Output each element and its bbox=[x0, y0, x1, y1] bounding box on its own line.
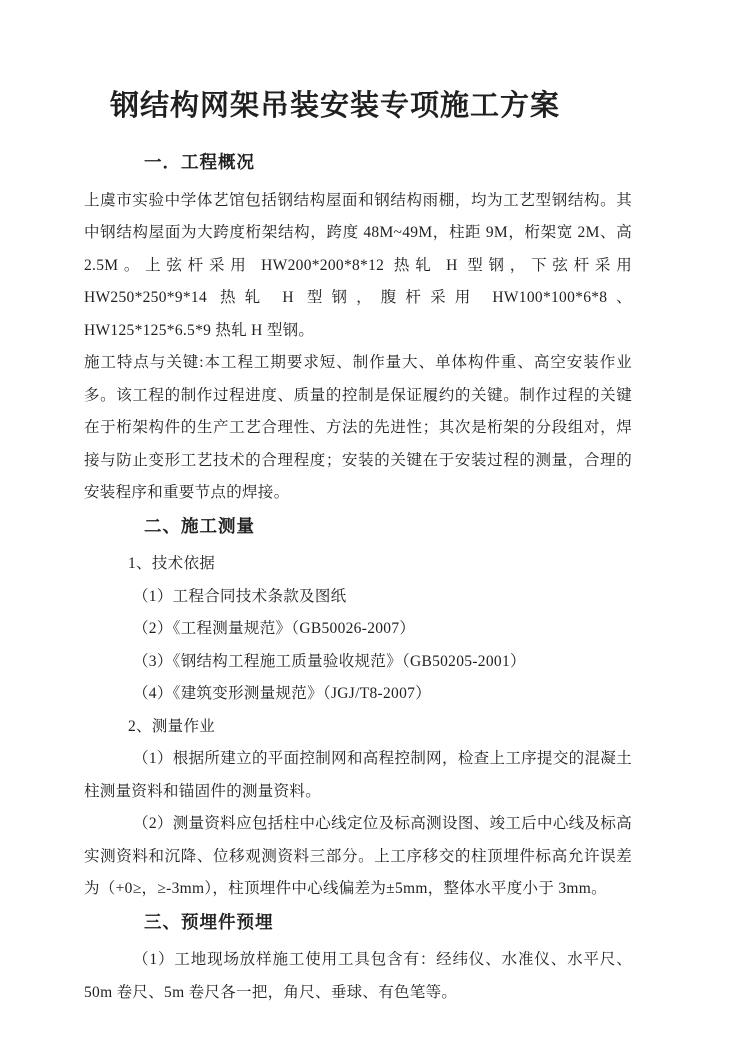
section-2-paragraph: （2）测量资料应包括柱中心线定位及标高测设图、竣工后中心线及标高实测资料和沉降、… bbox=[84, 808, 632, 906]
section-1-paragraph: 上虞市实验中学体艺馆包括钢结构屋面和钢结构雨棚，均为工艺型钢结构。其中钢结构屋面… bbox=[84, 185, 632, 348]
document-page: 钢结构网架吊装安装专项施工方案 一．工程概况 上虞市实验中学体艺馆包括钢结构屋面… bbox=[0, 0, 744, 1052]
reference-item: （1）工程合同技术条款及图纸 bbox=[133, 581, 632, 614]
reference-item: （4）《建筑变形测量规范》（JGJ/T8-2007） bbox=[133, 678, 632, 711]
section-1-heading: 一．工程概况 bbox=[144, 146, 632, 179]
section-1-paragraph: 施工特点与关键:本工程工期要求短、制作量大、单体构件重、高空安装作业多。该工程的… bbox=[84, 347, 632, 510]
subsection-label: 1、技术依据 bbox=[128, 548, 632, 581]
section-3-heading: 三、预埋件预埋 bbox=[144, 906, 632, 939]
reference-item: （3）《钢结构工程施工质量验收规范》（GB50205-2001） bbox=[133, 646, 632, 679]
section-2-paragraph: （1）根据所建立的平面控制网和高程控制网，检查上工序提交的混凝土柱测量资料和锚固… bbox=[84, 743, 632, 808]
section-3-paragraph: （1）工地现场放样施工使用工具包含有：经纬仪、水准仪、水平尺、50m 卷尺、5m… bbox=[84, 944, 632, 1009]
reference-item: （2）《工程测量规范》（GB50026-2007） bbox=[133, 613, 632, 646]
document-title: 钢结构网架吊装安装专项施工方案 bbox=[110, 86, 632, 126]
subsection-label: 2、测量作业 bbox=[128, 711, 632, 744]
section-2-heading: 二、施工测量 bbox=[144, 510, 632, 543]
